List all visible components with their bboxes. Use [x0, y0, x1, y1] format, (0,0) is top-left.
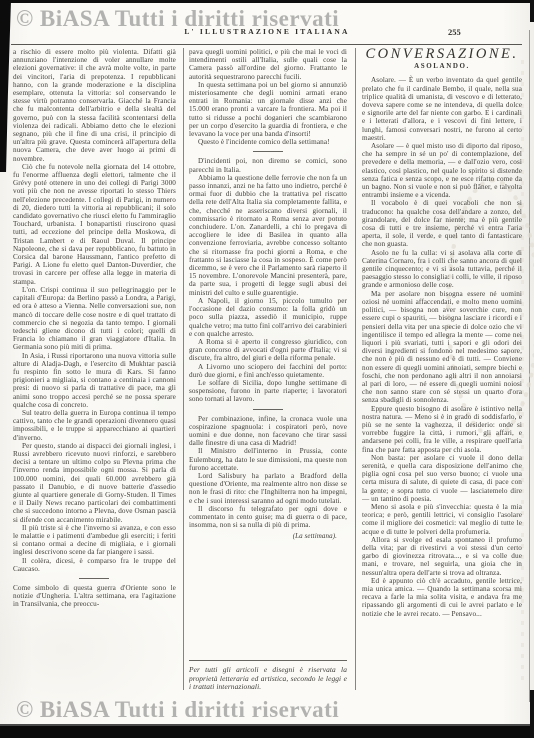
page-header: L' ILLUSTRAZIONE ITALIANA 255 — [0, 27, 534, 41]
paragraph: Sul teatro della guerra in Europa contin… — [13, 409, 176, 442]
paragraph: In Asia, i Russi riportarono una nuova v… — [13, 352, 176, 409]
paragraph-divider — [253, 409, 283, 410]
paragraph: Ma per asolare non bisogna essere né uom… — [362, 290, 522, 405]
paragraph: Il più triste si è che l'inverno si avan… — [13, 524, 176, 557]
scan-border-bottom — [0, 726, 534, 738]
page-number: 255 — [448, 27, 478, 37]
scan-border-right-top — [530, 0, 534, 22]
paragraph: A Roma si è aperto il congresso giuridic… — [189, 338, 347, 363]
column-middle-text: pava quegli uomini politici, e più che m… — [189, 48, 347, 656]
paragraph: Il Ministro dell'interno in Prussia, con… — [189, 447, 347, 472]
paragraph: Come simbolo di questa guerra d'Oriente … — [13, 584, 176, 609]
column-left: a rischio di essere molto più violenta. … — [13, 48, 176, 692]
paragraph: A Napoli, il giorno 15, piccolo tumulto … — [189, 297, 347, 338]
column-signature: (La settimana). — [189, 532, 337, 540]
scan-border-right-bottom — [530, 690, 534, 738]
paragraph: D'incidenti poi, non diremo se comici, s… — [189, 157, 347, 173]
paragraph: Il discorso fu telegrafato per ogni dove… — [189, 505, 347, 530]
notice-rule — [189, 660, 347, 661]
paragraph: In questa settimana poi un bel giorno si… — [189, 81, 347, 138]
paragraph: Per combinazione, infine, la cronaca vuo… — [189, 415, 347, 448]
paragraph: Asolo ne fu la culla: vi si asolava alla… — [362, 249, 522, 290]
paragraph: L'on. Crispi continua il suo pellegrinag… — [13, 286, 176, 352]
column-middle: pava quegli uomini politici, e più che m… — [189, 48, 347, 692]
paragraph: Abbiamo la questione delle ferrovie che … — [189, 174, 347, 297]
paragraph: Il colèra, dicesi, è comparso fra le tru… — [13, 557, 176, 573]
scan-border-left — [0, 0, 11, 172]
article-columns: a rischio di essere molto più violenta. … — [13, 48, 522, 692]
paragraph: Non basta: per asolare ci vuole il dono … — [362, 454, 522, 503]
paragraph: Allora si svolge ed esala spontaneo il p… — [362, 536, 522, 577]
paragraph: Asolare — è quel misto uso di diporto da… — [362, 142, 522, 199]
scan-border-right-line — [529, 30, 530, 702]
copyright-watermark-bottom: © BiASA Tutti i diritti riservati — [16, 697, 339, 723]
paragraph: Eppure questo bisogno di asolare è istin… — [362, 405, 522, 454]
paragraph-divider — [79, 578, 109, 579]
paragraph: Ed è appunto ciò ch'è accaduto, gentile … — [362, 577, 522, 618]
header-rule — [11, 44, 522, 45]
paragraph: pava quegli uomini politici, e più che m… — [189, 48, 347, 81]
section-heading: CONVERSAZIONE. — [362, 50, 522, 58]
paragraph: Questo è l'incidente comico della settim… — [189, 138, 347, 146]
paragraph: Ciò che fu notevole nella giornata del 1… — [13, 163, 176, 286]
scan-border-top — [0, 0, 534, 3]
column-right: CONVERSAZIONE. ASOLANDO. Asolare. — È un… — [362, 48, 522, 692]
section-subheading: ASOLANDO. — [362, 62, 522, 70]
paragraph: Meno si asola e più s'invecchia: questa … — [362, 503, 522, 536]
paragraph: A Livorno uno sciopero dei facchini del … — [189, 363, 347, 379]
paragraph: Il vocabolo è di quei vocaboli che non s… — [362, 199, 522, 248]
paragraph: Per questo, stando ai dispacci dei giorn… — [13, 442, 176, 524]
rights-notice: Per tutti gli articoli e disegni è riser… — [189, 666, 347, 692]
paragraph: Lord Salisbury ha parlato a Bradford del… — [189, 472, 347, 505]
paragraph: Le solfare di Sicilia, dopo lunghe setti… — [189, 379, 347, 404]
paragraph: Asolare. — È un verbo inventato da quel … — [362, 76, 522, 142]
paragraph-divider — [253, 151, 283, 152]
paragraph: a rischio di essere molto più violenta. … — [13, 48, 176, 163]
